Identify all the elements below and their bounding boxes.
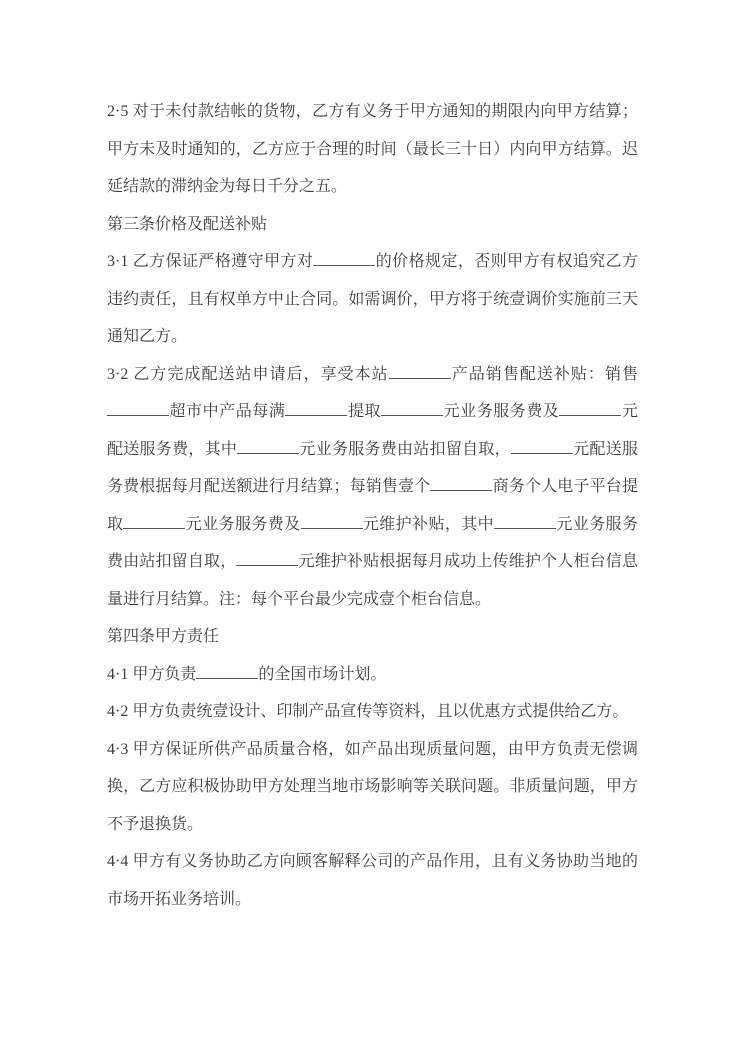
clause-3-1: 3·1 乙方保证严格遵守甲方对的价格规定，否则甲方有权追究乙方违约责任，且有权单…: [107, 243, 638, 356]
blank-field: [313, 251, 375, 266]
blank-field: [123, 514, 185, 529]
blank-field: [107, 401, 169, 416]
blank-field: [494, 514, 556, 529]
blank-field: [389, 364, 451, 379]
text-run: 超市中产品每满: [169, 403, 285, 420]
blank-field: [196, 664, 258, 679]
blank-field: [511, 439, 573, 454]
document-content: 2·5 对于未付款结帐的货物，乙方有义务于甲方通知的期限内向甲方结算；甲方未及时…: [107, 93, 638, 918]
blank-field: [285, 401, 347, 416]
clause-4-1: 4·1 甲方负责的全国市场计划。: [107, 656, 638, 694]
clause-2-5: 2·5 对于未付款结帐的货物，乙方有义务于甲方通知的期限内向甲方结算；甲方未及时…: [107, 93, 638, 206]
text-run: 4·1 甲方负责: [107, 666, 196, 683]
section-4-heading: 第四条甲方责任: [107, 618, 638, 656]
text-run: 第三条价格及配送补贴: [107, 216, 267, 233]
text-run: 元业务服务费及: [443, 403, 559, 420]
blank-field: [301, 514, 363, 529]
text-run: 4·2 甲方负责统壹设计、印制产品宣传等资料，且以优惠方式提供给乙方。: [107, 703, 628, 720]
text-run: 产品销售配送补贴：销售: [451, 366, 638, 383]
section-3-heading: 第三条价格及配送补贴: [107, 206, 638, 244]
text-run: 元维护补贴，其中: [363, 516, 495, 533]
blank-field: [430, 476, 492, 491]
text-run: 元业务服务费及: [185, 516, 300, 533]
text-run: 元业务服务费由站扣留自取，: [299, 441, 511, 458]
text-run: 4·3 甲方保证所供产品质量合格，如产品出现质量问题，由甲方负责无偿调换，乙方应…: [107, 741, 638, 833]
text-run: 3·1 乙方保证严格遵守甲方对: [107, 253, 313, 270]
text-run: 第四条甲方责任: [107, 628, 219, 645]
clause-4-2: 4·2 甲方负责统壹设计、印制产品宣传等资料，且以优惠方式提供给乙方。: [107, 693, 638, 731]
text-run: 的全国市场计划。: [258, 666, 386, 683]
text-run: 提取: [347, 403, 381, 420]
document-page: 2·5 对于未付款结帐的货物，乙方有义务于甲方通知的期限内向甲方结算；甲方未及时…: [0, 0, 744, 1052]
clause-3-2: 3·2 乙方完成配送站申请后，享受本站产品销售配送补贴：销售超市中产品每满提取元…: [107, 356, 638, 619]
clause-4-4: 4·4 甲方有义务协助乙方向顾客解释公司的产品作用，且有义务协助当地的市场开拓业…: [107, 843, 638, 918]
text-run: 3·2 乙方完成配送站申请后，享受本站: [107, 366, 389, 383]
blank-field: [237, 439, 299, 454]
blank-field: [236, 551, 298, 566]
clause-4-3: 4·3 甲方保证所供产品质量合格，如产品出现质量问题，由甲方负责无偿调换，乙方应…: [107, 731, 638, 844]
text-run: 2·5 对于未付款结帐的货物，乙方有义务于甲方通知的期限内向甲方结算；甲方未及时…: [107, 103, 638, 195]
text-run: 4·4 甲方有义务协助乙方向顾客解释公司的产品作用，且有义务协助当地的市场开拓业…: [107, 853, 638, 908]
blank-field: [559, 401, 621, 416]
blank-field: [381, 401, 443, 416]
